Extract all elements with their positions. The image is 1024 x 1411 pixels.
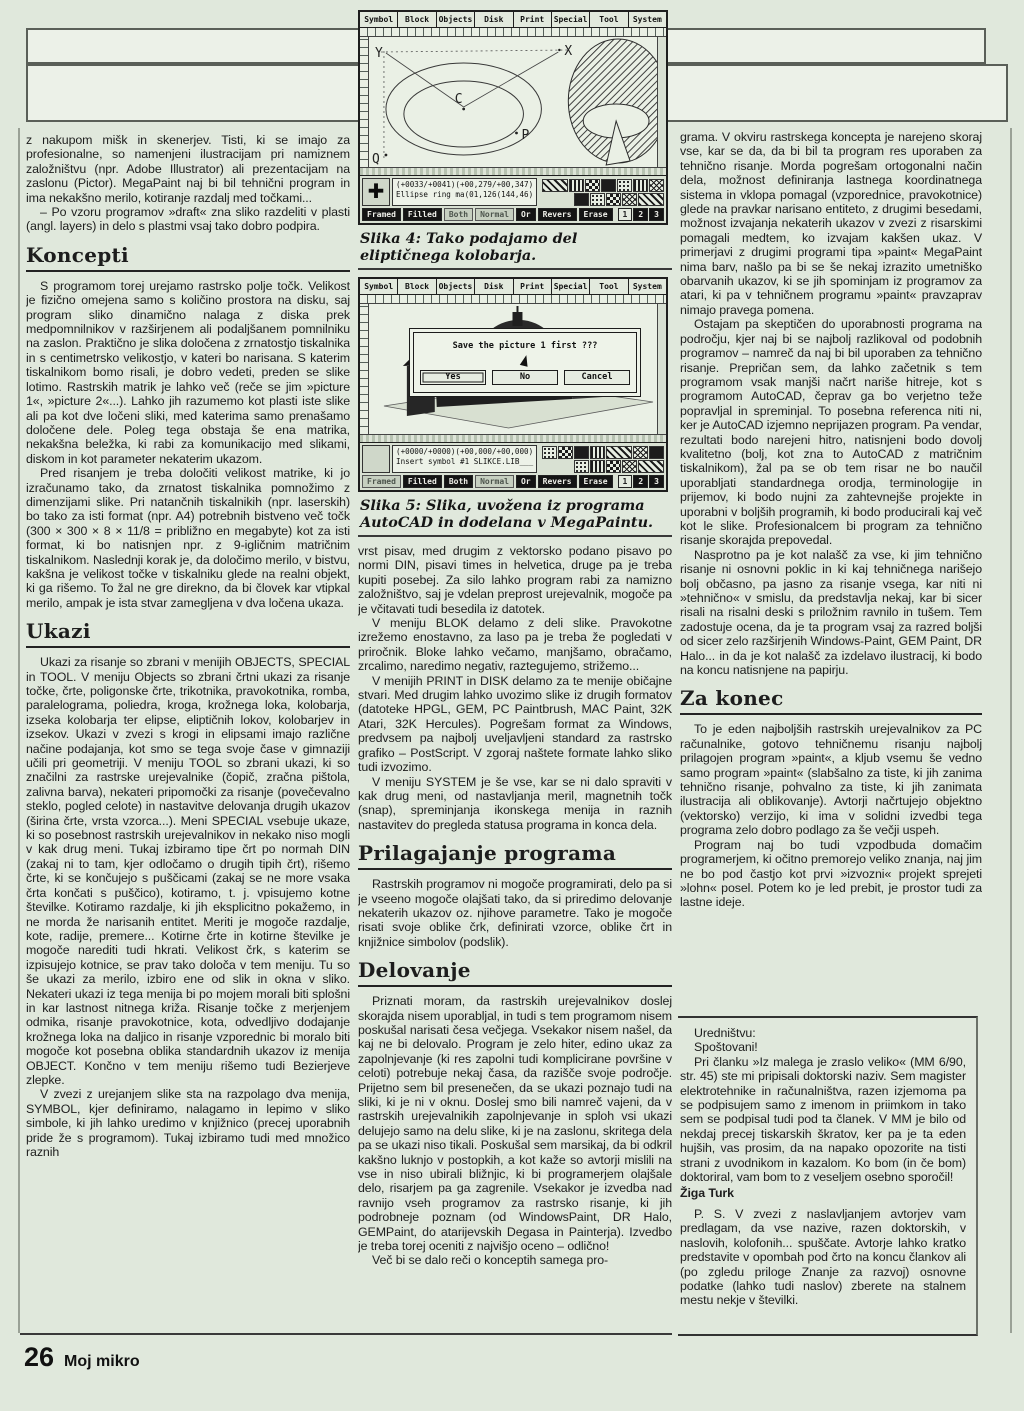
yes-button[interactable]: Yes (420, 370, 486, 385)
pattern-swatch[interactable] (633, 446, 648, 459)
article-paragraph: Nasprotno pa je kot nalašč za vse, ki ji… (680, 548, 982, 678)
article-paragraph: V meniju SYSTEM je še vse, kar se ni dal… (358, 775, 672, 833)
pattern-swatch[interactable] (606, 446, 632, 459)
article-column-1: z nakupom mišk in skenerjev. Tisti, ki s… (26, 133, 350, 1331)
page-3-button[interactable]: 3 (649, 208, 664, 221)
letter-addressee: Uredništvu: (680, 1026, 966, 1040)
menu-special[interactable]: Special (552, 279, 590, 294)
empty-tool-icon[interactable] (362, 445, 390, 473)
section-heading-zakonec: Za konec (680, 686, 982, 715)
mouse-cursor-icon (520, 354, 530, 367)
mode-button-row: Framed Filled Both Normal Or Revers Eras… (362, 208, 664, 221)
no-button[interactable]: No (492, 370, 558, 385)
coords-line: (+0000/+0000)(+00,000/+00,000) (396, 447, 533, 457)
mode-button-row: Framed Filled Both Normal Or Revers Eras… (362, 475, 664, 488)
vertical-ruler (360, 37, 369, 167)
pattern-swatch[interactable] (574, 193, 589, 206)
revers-button[interactable]: Revers (538, 475, 577, 488)
pattern-swatch[interactable] (622, 193, 637, 206)
menu-symbol[interactable]: Symbol (360, 279, 398, 294)
menu-objects[interactable]: Objects (437, 279, 475, 294)
article-paragraph: To je eden najboljših rastrskih urejeval… (680, 722, 982, 837)
command-line: Insert symbol #1 SLIKCE.LIB___ (396, 457, 533, 467)
framed-button[interactable]: Framed (362, 475, 401, 488)
article-paragraph: grama. V okviru rastrskega koncepta je n… (680, 130, 982, 317)
dialog-message: Save the picture 1 first ??? (420, 341, 630, 351)
menu-system[interactable]: System (629, 12, 666, 27)
horizontal-ruler (360, 28, 666, 37)
article-paragraph: Pred risanjem je treba določiti velikost… (26, 466, 350, 610)
save-picture-dialog: Save the picture 1 first ??? Yes No Canc… (413, 332, 637, 393)
section-heading-prilagajanje: Prilagajanje programa (358, 841, 672, 870)
framed-button[interactable]: Framed (362, 208, 401, 221)
pattern-palette (539, 445, 664, 473)
heavy-cross-icon[interactable]: ✚ (362, 178, 390, 206)
pattern-swatch[interactable] (633, 179, 648, 192)
pattern-swatch[interactable] (638, 193, 664, 206)
article-paragraph: Priznati moram, da rastrskih urejevalnik… (358, 994, 672, 1253)
menu-objects[interactable]: Objects (437, 12, 475, 27)
article-column-3: grama. V okviru rastrskega koncepta je n… (680, 130, 982, 1014)
pattern-swatch[interactable] (590, 460, 605, 473)
pattern-swatch[interactable] (542, 446, 557, 459)
revers-button[interactable]: Revers (538, 208, 577, 221)
horizontal-scrollbar[interactable] (360, 167, 666, 175)
letter-salutation: Spoštovani! (680, 1040, 966, 1054)
drawing-canvas[interactable]: Y X C P Q (369, 37, 657, 167)
pattern-swatch[interactable] (574, 460, 589, 473)
pattern-swatch[interactable] (569, 179, 584, 192)
article-paragraph: Več bi se dalo reči o konceptih samega p… (358, 1253, 672, 1267)
article-paragraph: S programom torej urejamo rastrsko polje… (26, 279, 350, 466)
menu-tool[interactable]: Tool (590, 12, 628, 27)
megapaint-statusbar: (+0000/+0000)(+00,000/+00,000) Insert sy… (360, 442, 666, 490)
menu-disk[interactable]: Disk (475, 12, 513, 27)
megapaint-menubar: Symbol Block Objects Disk Print Special … (360, 279, 666, 295)
menu-system[interactable]: System (629, 279, 666, 294)
page-2-button[interactable]: 2 (633, 208, 648, 221)
right-page-rule (1010, 128, 1012, 1333)
both-button[interactable]: Both (444, 475, 473, 488)
normal-button[interactable]: Normal (475, 208, 514, 221)
page-2-button[interactable]: 2 (633, 475, 648, 488)
menu-special[interactable]: Special (552, 12, 590, 27)
coordinate-readout: (+0033/+0041)(+00,279/+00,347) Ellipse r… (392, 178, 537, 206)
letter-postscript: P. S. V zvezi z naslavljanjem avtorjev v… (680, 1207, 966, 1308)
point-label-x: X (564, 44, 572, 59)
article-paragraph: V meniju BLOK delamo z deli slike. Pravo… (358, 616, 672, 674)
menu-tool[interactable]: Tool (590, 279, 628, 294)
menu-block[interactable]: Block (398, 12, 436, 27)
article-paragraph: V zvezi z urejanjem slike sta na razpola… (26, 1087, 350, 1159)
pattern-palette (539, 178, 664, 206)
pattern-swatch[interactable] (617, 179, 632, 192)
menu-disk[interactable]: Disk (475, 279, 513, 294)
drawing-canvas[interactable]: Save the picture 1 first ??? Yes No Canc… (369, 304, 657, 434)
figure-caption-slika4: Slika 4: Tako podajamo del eliptičnega k… (360, 230, 670, 264)
coords-line: (+0033/+0041)(+00,279/+00,347) (396, 180, 533, 190)
megapaint-screenshot-slika4: Symbol Block Objects Disk Print Special … (358, 10, 668, 225)
letter-body: Pri članku »Iz malega je zraslo veliko« … (680, 1055, 966, 1185)
article-paragraph: Rastrskih programov ni mogoče programira… (358, 877, 672, 949)
horizontal-scrollbar[interactable] (360, 434, 666, 442)
pattern-swatch[interactable] (638, 460, 664, 473)
erase-button[interactable]: Erase (579, 475, 613, 488)
page-footer: 26 Moj mikro (24, 1342, 140, 1373)
menu-symbol[interactable]: Symbol (360, 12, 398, 27)
point-label-y: Y (375, 46, 383, 61)
filled-button[interactable]: Filled (403, 208, 442, 221)
erase-button[interactable]: Erase (579, 208, 613, 221)
pattern-swatch[interactable] (601, 179, 616, 192)
vertical-ruler (360, 304, 369, 434)
megapaint-screenshot-slika5: Symbol Block Objects Disk Print Special … (358, 277, 668, 492)
article-paragraph: Ukazi za risanje so zbrani v menijih OBJ… (26, 655, 350, 1087)
article-paragraph: z nakupom mišk in skenerjev. Tisti, ki s… (26, 133, 350, 205)
menu-print[interactable]: Print (514, 12, 552, 27)
magazine-name: Moj mikro (64, 1353, 140, 1371)
letter-to-editor: Uredništvu: Spoštovani! Pri članku »Iz m… (678, 1016, 978, 1336)
article-paragraph: vrst pisav, med drugim z vektorsko podan… (358, 544, 672, 616)
caption-rule (358, 535, 672, 537)
page-1-button[interactable]: 1 (618, 208, 633, 221)
caption-rule (358, 268, 672, 270)
filled-button[interactable]: Filled (403, 475, 442, 488)
pattern-swatch[interactable] (590, 193, 605, 206)
megapaint-menubar: Symbol Block Objects Disk Print Special … (360, 12, 666, 28)
article-paragraph: V menijih PRINT in DISK delamo za te men… (358, 674, 672, 775)
normal-button[interactable]: Normal (475, 475, 514, 488)
figure-caption-slika5: Slika 5: Slika, uvožena iz programa Auto… (360, 497, 670, 531)
article-column-2: Symbol Block Objects Disk Print Special … (358, 10, 672, 1332)
command-line: Ellipse ring ma(01,126(144,46) (396, 190, 533, 200)
coordinate-readout: (+0000/+0000)(+00,000/+00,000) Insert sy… (392, 445, 537, 473)
pattern-swatch[interactable] (542, 179, 568, 192)
bottom-rule (20, 1333, 672, 1335)
pattern-swatch[interactable] (622, 460, 637, 473)
pattern-swatch[interactable] (606, 460, 621, 473)
page-3-button[interactable]: 3 (649, 475, 664, 488)
ellipse-ring-drawing: Y X C P Q (369, 37, 657, 167)
pattern-swatch[interactable] (574, 446, 589, 459)
menu-block[interactable]: Block (398, 279, 436, 294)
menu-print[interactable]: Print (514, 279, 552, 294)
page-1-button[interactable]: 1 (618, 475, 633, 488)
vertical-scrollbar[interactable] (657, 304, 666, 434)
cancel-button[interactable]: Cancel (564, 370, 630, 385)
letter-signature: Žiga Turk (680, 1186, 966, 1200)
section-heading-ukazi: Ukazi (26, 619, 350, 648)
or-button[interactable]: Or (516, 475, 536, 488)
article-paragraph: Program naj bo tudi vzpodbuda domačim pr… (680, 838, 982, 910)
pattern-swatch[interactable] (606, 193, 621, 206)
page-number: 26 (24, 1342, 54, 1373)
section-heading-delovanje: Delovanje (358, 958, 672, 987)
article-paragraph: Ostajam pa skeptičen do uporabnosti prog… (680, 317, 982, 548)
point-label-q: Q (372, 152, 380, 167)
pattern-swatch[interactable] (649, 446, 664, 459)
megapaint-statusbar: ✚ (+0033/+0041)(+00,279/+00,347) Ellipse… (360, 175, 666, 223)
both-button[interactable]: Both (444, 208, 473, 221)
horizontal-ruler (360, 295, 666, 304)
section-heading-koncepti: Koncepti (26, 243, 350, 272)
magazine-page: z nakupom mišk in skenerjev. Tisti, ki s… (0, 0, 1024, 1411)
pattern-swatch[interactable] (649, 179, 664, 192)
point-label-p: P (521, 128, 529, 143)
pattern-swatch[interactable] (590, 446, 605, 459)
point-label-c: C (455, 92, 463, 107)
or-button[interactable]: Or (516, 208, 536, 221)
pattern-swatch[interactable] (585, 179, 600, 192)
left-column-rule (18, 128, 20, 1333)
vertical-scrollbar[interactable] (657, 37, 666, 167)
pattern-swatch[interactable] (558, 446, 573, 459)
article-paragraph: – Po vzoru programov »draft« zna sliko r… (26, 205, 350, 234)
